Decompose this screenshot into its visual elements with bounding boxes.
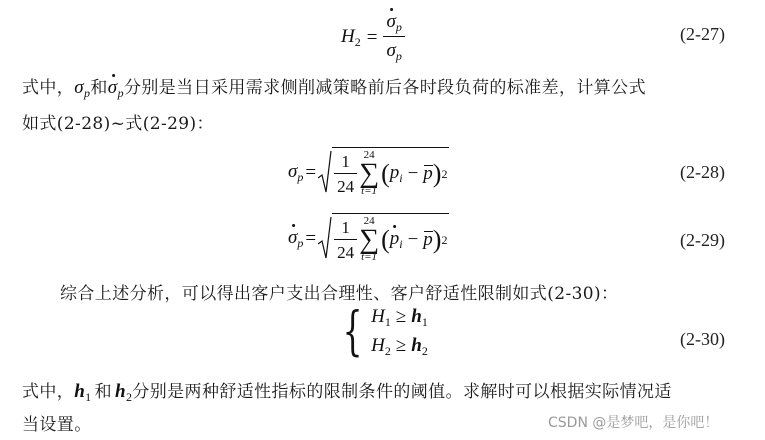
square-root: 124 24∑t=1 ( pi − p ) 2 bbox=[318, 147, 449, 197]
equation-2-30: { H1≥h1 H2≥h2 bbox=[336, 306, 428, 358]
equals-sign: = bbox=[367, 28, 378, 47]
equation-number-2-28: (2-28) bbox=[680, 162, 725, 183]
equation-2-28: σp = 124 24∑t=1 ( pi − p ) 2 bbox=[288, 148, 449, 196]
radical-sign-icon bbox=[318, 150, 332, 194]
paragraph-3-line-1: 式中，h1和h2分别是两种舒适性指标的限制条件的阈值。求解时可以根据实际情况适 bbox=[22, 377, 672, 403]
eq-2-30-row-2: H2≥h2 bbox=[371, 336, 428, 357]
equation-2-29: σp = 124 24∑t=1 ( pi − p ) 2 bbox=[288, 214, 449, 262]
equation-2-27: H2 = σp σp bbox=[341, 12, 405, 62]
equation-number-2-27: (2-27) bbox=[680, 24, 725, 45]
equation-number-2-29: (2-29) bbox=[680, 230, 725, 251]
paragraph-2-line-1: 综合上述分析，可以得出客户支出合理性、客户舒适性限制如式(2-30)： bbox=[60, 279, 618, 304]
left-brace: { bbox=[343, 306, 363, 358]
csdn-watermark: CSDN @是梦吧，是你吧！ bbox=[548, 412, 718, 432]
paragraph-1-line-2: 如式(2-28)~式(2-29)： bbox=[22, 109, 214, 134]
paragraph-1-line-1: 式中，σp和σp分别是当日采用需求侧削减策略前后各时段负荷的标准差，计算公式 bbox=[22, 73, 646, 99]
radical-sign-icon bbox=[318, 216, 332, 260]
equation-number-2-30: (2-30) bbox=[680, 329, 725, 350]
square-root: 124 24∑t=1 ( pi − p ) 2 bbox=[318, 213, 449, 263]
eq-2-30-row-1: H1≥h1 bbox=[371, 307, 428, 328]
eq-2-27-fraction: σp σp bbox=[383, 12, 404, 62]
paragraph-3-line-2: 当设置。 bbox=[22, 410, 92, 435]
eq-2-27-lhs: H2 bbox=[341, 27, 361, 48]
